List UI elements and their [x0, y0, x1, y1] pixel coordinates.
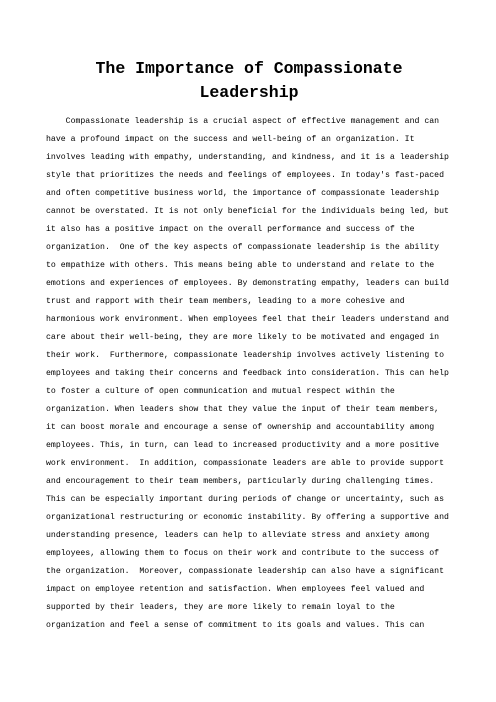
text-line: organization and feel a sense of commitm… — [46, 617, 452, 635]
text-line: emotions and experiences of employees. B… — [46, 275, 452, 293]
text-line: cannot be overstated. It is not only ben… — [46, 203, 452, 221]
text-line: impact on employee retention and satisfa… — [46, 581, 452, 599]
text-line: organization. One of the key aspects of … — [46, 239, 452, 257]
text-line: their work. Furthermore, compassionate l… — [46, 347, 452, 365]
text-line: work environment. In addition, compassio… — [46, 455, 452, 473]
text-line: organizational restructuring or economic… — [46, 509, 452, 527]
text-line: and often competitive business world, th… — [46, 185, 452, 203]
text-line: to empathize with others. This means bei… — [46, 257, 452, 275]
document-title: The Importance of Compassionate Leadersh… — [69, 57, 429, 105]
text-line: style that prioritizes the needs and fee… — [46, 167, 452, 185]
document-page: The Importance of Compassionate Leadersh… — [0, 0, 496, 702]
text-line: and encouragement to their team members,… — [46, 473, 452, 491]
text-line: This can be especially important during … — [46, 491, 452, 509]
text-line: trust and rapport with their team member… — [46, 293, 452, 311]
text-line: it also has a positive impact on the ove… — [46, 221, 452, 239]
text-line: employees. This, in turn, can lead to in… — [46, 437, 452, 455]
text-line: the organization. Moreover, compassionat… — [46, 563, 452, 581]
text-line: employees and taking their concerns and … — [46, 365, 452, 383]
text-line: organization. When leaders show that the… — [46, 401, 452, 419]
text-line: have a profound impact on the success an… — [46, 131, 452, 149]
text-line: it can boost morale and encourage a sens… — [46, 419, 452, 437]
text-line: supported by their leaders, they are mor… — [46, 599, 452, 617]
document-body: Compassionate leadership is a crucial as… — [46, 113, 452, 635]
text-line: care about their well-being, they are mo… — [46, 329, 452, 347]
text-line: Compassionate leadership is a crucial as… — [46, 113, 452, 131]
text-line: harmonious work environment. When employ… — [46, 311, 452, 329]
text-line: employees, allowing them to focus on the… — [46, 545, 452, 563]
text-line: involves leading with empathy, understan… — [46, 149, 452, 167]
text-line: to foster a culture of open communicatio… — [46, 383, 452, 401]
text-line: understanding presence, leaders can help… — [46, 527, 452, 545]
